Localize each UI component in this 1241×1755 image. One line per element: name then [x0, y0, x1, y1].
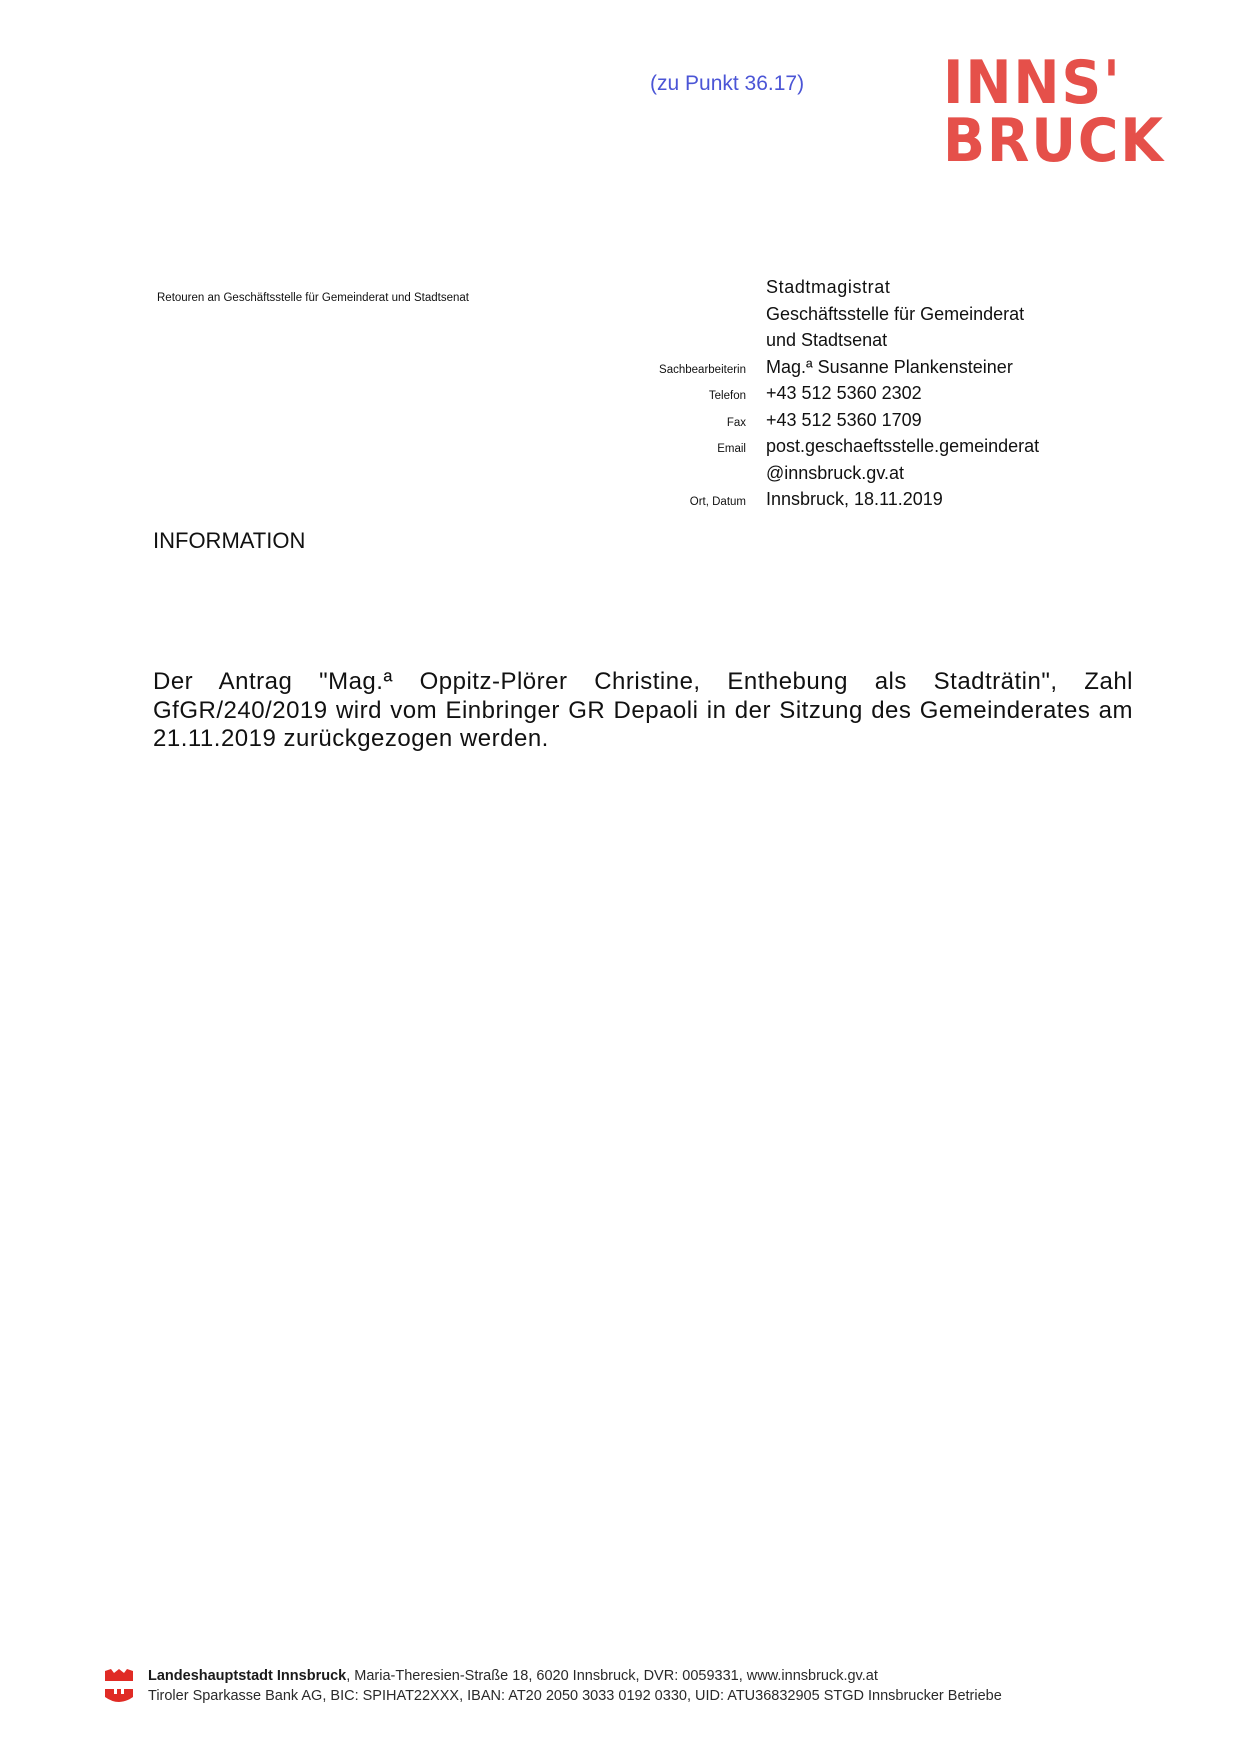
footer-line-1: Landeshauptstadt Innsbruck, Maria-Theres…: [148, 1666, 1002, 1686]
field-value: +43 512 5360 1709: [766, 410, 922, 431]
sender-org-line-2: Geschäftsstelle für Gemeinderat: [766, 304, 1024, 325]
field-label: Sachbearbeiterin: [620, 364, 766, 376]
innsbruck-logo: INNS' BRUCK: [943, 54, 1165, 170]
document-type-heading: INFORMATION: [153, 528, 305, 554]
logo-line-1: INNS': [943, 54, 1165, 112]
sender-field-fax: Fax +43 512 5360 1709: [620, 410, 1200, 437]
sender-field-email-cont: @innsbruck.gv.at: [620, 463, 1200, 490]
footer-text: Landeshauptstadt Innsbruck, Maria-Theres…: [148, 1666, 1002, 1706]
footer-city-name: Landeshauptstadt Innsbruck: [148, 1668, 346, 1684]
sender-block: Stadtmagistrat Geschäftsstelle für Gemei…: [620, 277, 1200, 516]
reference-note: (zu Punkt 36.17): [650, 72, 804, 96]
field-label: Fax: [620, 417, 766, 429]
field-value: Innsbruck, 18.11.2019: [766, 489, 943, 510]
email-link[interactable]: post.geschaeftsstelle.gemeinderat: [766, 436, 1039, 457]
sender-org-row: Stadtmagistrat: [620, 277, 1200, 304]
footer-address: , Maria-Theresien-Straße 18, 6020 Innsbr…: [346, 1668, 878, 1684]
field-label: Ort, Datum: [620, 496, 766, 508]
sender-org-row: und Stadtsenat: [620, 330, 1200, 357]
sender-field-case-worker: Sachbearbeiterin Mag.ª Susanne Plankenst…: [620, 357, 1200, 384]
footer-line-2: Tiroler Sparkasse Bank AG, BIC: SPIHAT22…: [148, 1686, 1002, 1706]
return-address: Retouren an Geschäftsstelle für Gemeinde…: [157, 292, 469, 304]
sender-field-place-date: Ort, Datum Innsbruck, 18.11.2019: [620, 489, 1200, 516]
field-value: Mag.ª Susanne Plankensteiner: [766, 357, 1013, 378]
logo-line-2: BRUCK: [943, 112, 1165, 170]
sender-org-line-3: und Stadtsenat: [766, 330, 887, 351]
field-value: +43 512 5360 2302: [766, 383, 922, 404]
field-label: Email: [620, 443, 766, 455]
field-label: Telefon: [620, 390, 766, 402]
email-link-domain[interactable]: @innsbruck.gv.at: [766, 463, 904, 484]
sender-org-line-1: Stadtmagistrat: [766, 277, 890, 298]
sender-field-email: Email post.geschaeftsstelle.gemeinderat: [620, 436, 1200, 463]
sender-org-row: Geschäftsstelle für Gemeinderat: [620, 304, 1200, 331]
footer: Landeshauptstadt Innsbruck, Maria-Theres…: [104, 1666, 1002, 1706]
innsbruck-coat-of-arms-icon: [104, 1667, 134, 1705]
sender-field-phone: Telefon +43 512 5360 2302: [620, 383, 1200, 410]
document-body: Der Antrag "Mag.ª Oppitz-Plörer Christin…: [153, 668, 1133, 754]
